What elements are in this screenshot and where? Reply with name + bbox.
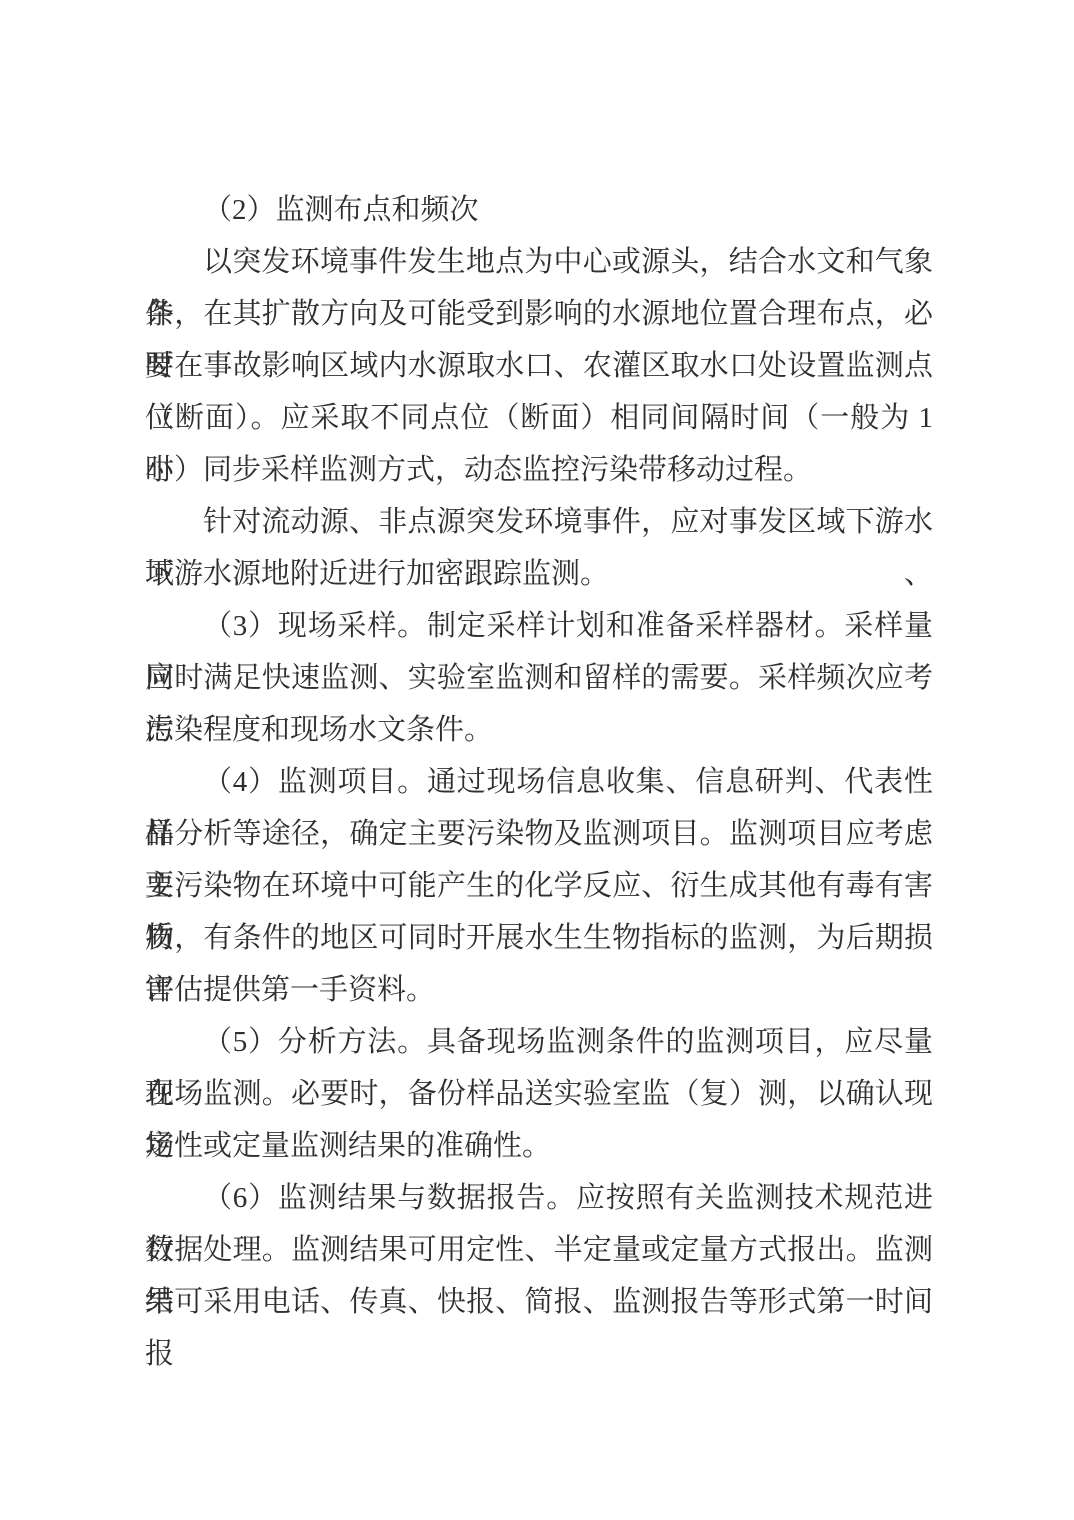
text-line: 质，有条件的地区可同时开展水生生物指标的监测，为后期损害: [145, 912, 933, 964]
para-item-6-results-and-reporting: （6）监测结果与数据报告。应按照有关监测技术规范进行数据处理。监测结果可用定性、…: [145, 1172, 933, 1328]
text-line: 品分析等途径，确定主要污染物及监测项目。监测项目应考虑主: [145, 808, 933, 860]
para-item-4-monitoring-items: （4）监测项目。通过现场信息收集、信息研判、代表性样品分析等途径，确定主要污染物…: [145, 756, 933, 1016]
text-line: 同时满足快速监测、实验室监测和留样的需要。采样频次应考虑: [145, 652, 933, 704]
document-page: （2）监测布点和频次以突发环境事件发生地点为中心或源头，结合水文和气象条件，在其…: [0, 0, 1074, 1520]
text-line: 定性或定量监测结果的准确性。: [145, 1120, 933, 1172]
text-line: （4）监测项目。通过现场信息收集、信息研判、代表性样: [145, 756, 933, 808]
text-line: 污染程度和现场水文条件。: [145, 704, 933, 756]
para-item-3-field-sampling: （3）现场采样。制定采样计划和准备采样器材。采样量应同时满足快速监测、实验室监测…: [145, 600, 933, 756]
text-line: 要污染物在环境中可能产生的化学反应、衍生成其他有毒有害物: [145, 860, 933, 912]
text-line: 时）同步采样监测方式，动态监控污染带移动过程。: [145, 444, 933, 496]
text-line: （6）监测结果与数据报告。应按照有关监测技术规范进行: [145, 1172, 933, 1224]
text-line: 评估提供第一手资料。: [145, 964, 933, 1016]
text-line: 针对流动源、非点源突发环境事件，应对事发区域下游水域、: [145, 496, 933, 548]
text-line: 时在事故影响区域内水源取水口、农灌区取水口处设置监测点位: [145, 340, 933, 392]
text-line: 果可采用电话、传真、快报、简报、监测报告等形式第一时间报: [145, 1276, 933, 1328]
text-line: （断面）。应采取不同点位（断面）相同间隔时间（一般为 1 小: [145, 392, 933, 444]
para-monitoring-points-and-frequency: 以突发环境事件发生地点为中心或源头，结合水文和气象条件，在其扩散方向及可能受到影…: [145, 236, 933, 496]
para-mobile-source-tracking: 针对流动源、非点源突发环境事件，应对事发区域下游水域、下游水源地附近进行加密跟踪…: [145, 496, 933, 600]
text-line: 现场监测。必要时，备份样品送实验室监（复）测，以确认现场: [145, 1068, 933, 1120]
heading-item-2: （2）监测布点和频次: [145, 184, 933, 236]
text-line: 数据处理。监测结果可用定性、半定量或定量方式报出。监测结: [145, 1224, 933, 1276]
text-block: （2）监测布点和频次以突发环境事件发生地点为中心或源头，结合水文和气象条件，在其…: [145, 184, 933, 1328]
text-line: 件，在其扩散方向及可能受到影响的水源地位置合理布点，必要: [145, 288, 933, 340]
text-line: （3）现场采样。制定采样计划和准备采样器材。采样量应: [145, 600, 933, 652]
text-line: （2）监测布点和频次: [145, 184, 933, 236]
para-item-5-analysis-methods: （5）分析方法。具备现场监测条件的监测项目，应尽量在现场监测。必要时，备份样品送…: [145, 1016, 933, 1172]
text-line: 以突发环境事件发生地点为中心或源头，结合水文和气象条: [145, 236, 933, 288]
text-line: （5）分析方法。具备现场监测条件的监测项目，应尽量在: [145, 1016, 933, 1068]
